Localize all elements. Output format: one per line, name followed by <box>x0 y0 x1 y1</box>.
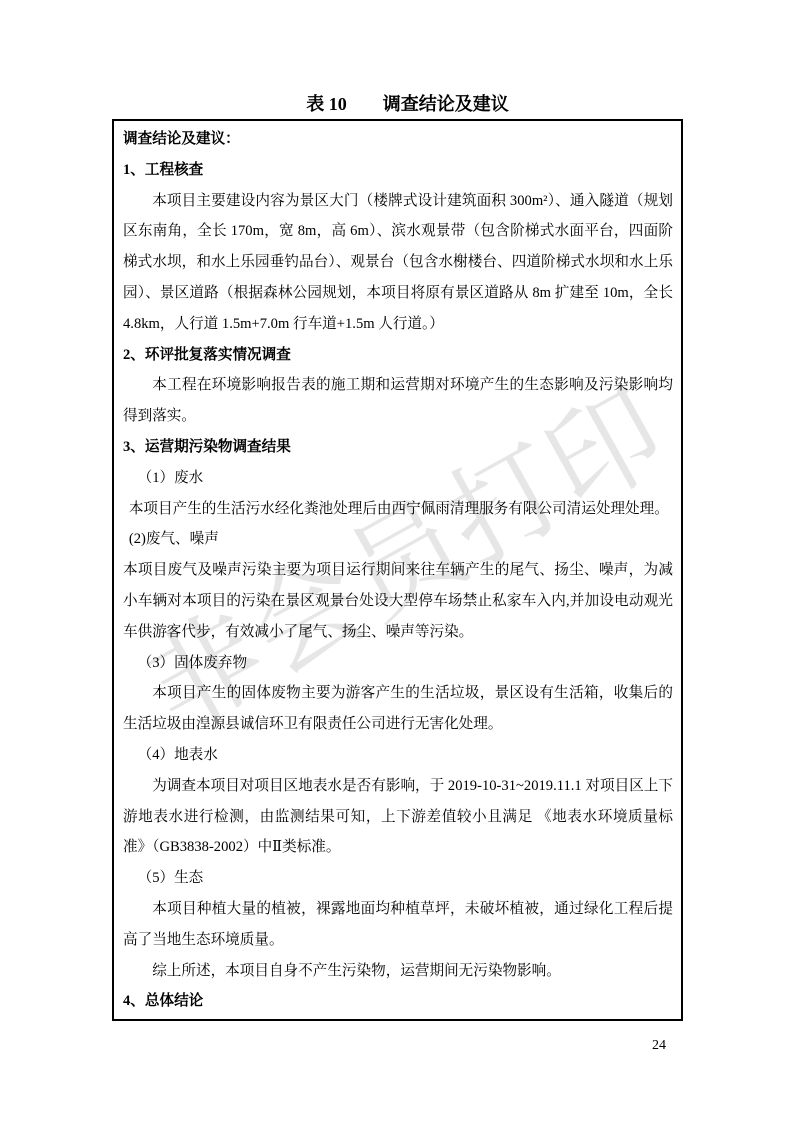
section-3-item-5-text: 本项目种植大量的植被，裸露地面均种植草坪，未破坏植被，通过绿化工程后提高了当地生… <box>123 894 673 956</box>
section-3-item-1-text: 本项目产生的生活污水经化粪池处理后由西宁佩雨清理服务有限公司清运处理处理。 <box>123 494 673 525</box>
document-page: 非会员打印 表 10 调查结论及建议 调查结论及建议： 1、工程核查 本项目主要… <box>0 0 793 1122</box>
section-1-heading: 1、工程核查 <box>123 155 673 186</box>
section-3-item-3-text: 本项目产生的固体废物主要为游客产生的生活垃圾，景区设有生活箱，收集后的生活垃圾由… <box>123 678 673 740</box>
section-3-item-3-label: （3）固体废弃物 <box>123 648 673 679</box>
section-3-item-2-label: (2)废气、噪声 <box>123 524 673 555</box>
conclusion-table: 调查结论及建议： 1、工程核查 本项目主要建设内容为景区大门（楼牌式设计建筑面积… <box>112 119 683 1021</box>
section-3-item-2-text: 本项目废气及噪声污染主要为项目运行期间来往车辆产生的尾气、扬尘、噪声，为减小车辆… <box>123 555 673 647</box>
section-3-item-4-label: （4）地表水 <box>123 740 673 771</box>
section-2-heading: 2、环评批复落实情况调查 <box>123 340 673 371</box>
section-3-heading: 3、运营期污染物调查结果 <box>123 432 673 463</box>
section-2-paragraph: 本工程在环境影响报告表的施工期和运营期对环境产生的生态影响及污染影响均得到落实。 <box>123 370 673 432</box>
page-title: 表 10 调查结论及建议 <box>0 90 793 116</box>
section-3-summary: 综上所述，本项目自身不产生污染物，运营期间无污染物影响。 <box>123 956 673 987</box>
section-3-item-4-text: 为调查本项目对项目区地表水是否有影响，于 2019-10-31~2019.11.… <box>123 771 673 863</box>
table-number-label: 表 10 <box>306 90 347 116</box>
page-number: 24 <box>652 1038 666 1054</box>
section-4-heading: 4、总体结论 <box>123 986 673 1017</box>
conclusion-table-cell: 调查结论及建议： 1、工程核查 本项目主要建设内容为景区大门（楼牌式设计建筑面积… <box>114 121 681 1017</box>
table-title-text: 调查结论及建议 <box>383 90 509 116</box>
section-1-paragraph: 本项目主要建设内容为景区大门（楼牌式设计建筑面积 300m²）、通入隧道（规划区… <box>123 186 673 340</box>
section-3-item-1-label: （1）废水 <box>123 463 673 494</box>
section-3-item-5-label: （5）生态 <box>123 863 673 894</box>
cell-header: 调查结论及建议： <box>123 124 673 155</box>
